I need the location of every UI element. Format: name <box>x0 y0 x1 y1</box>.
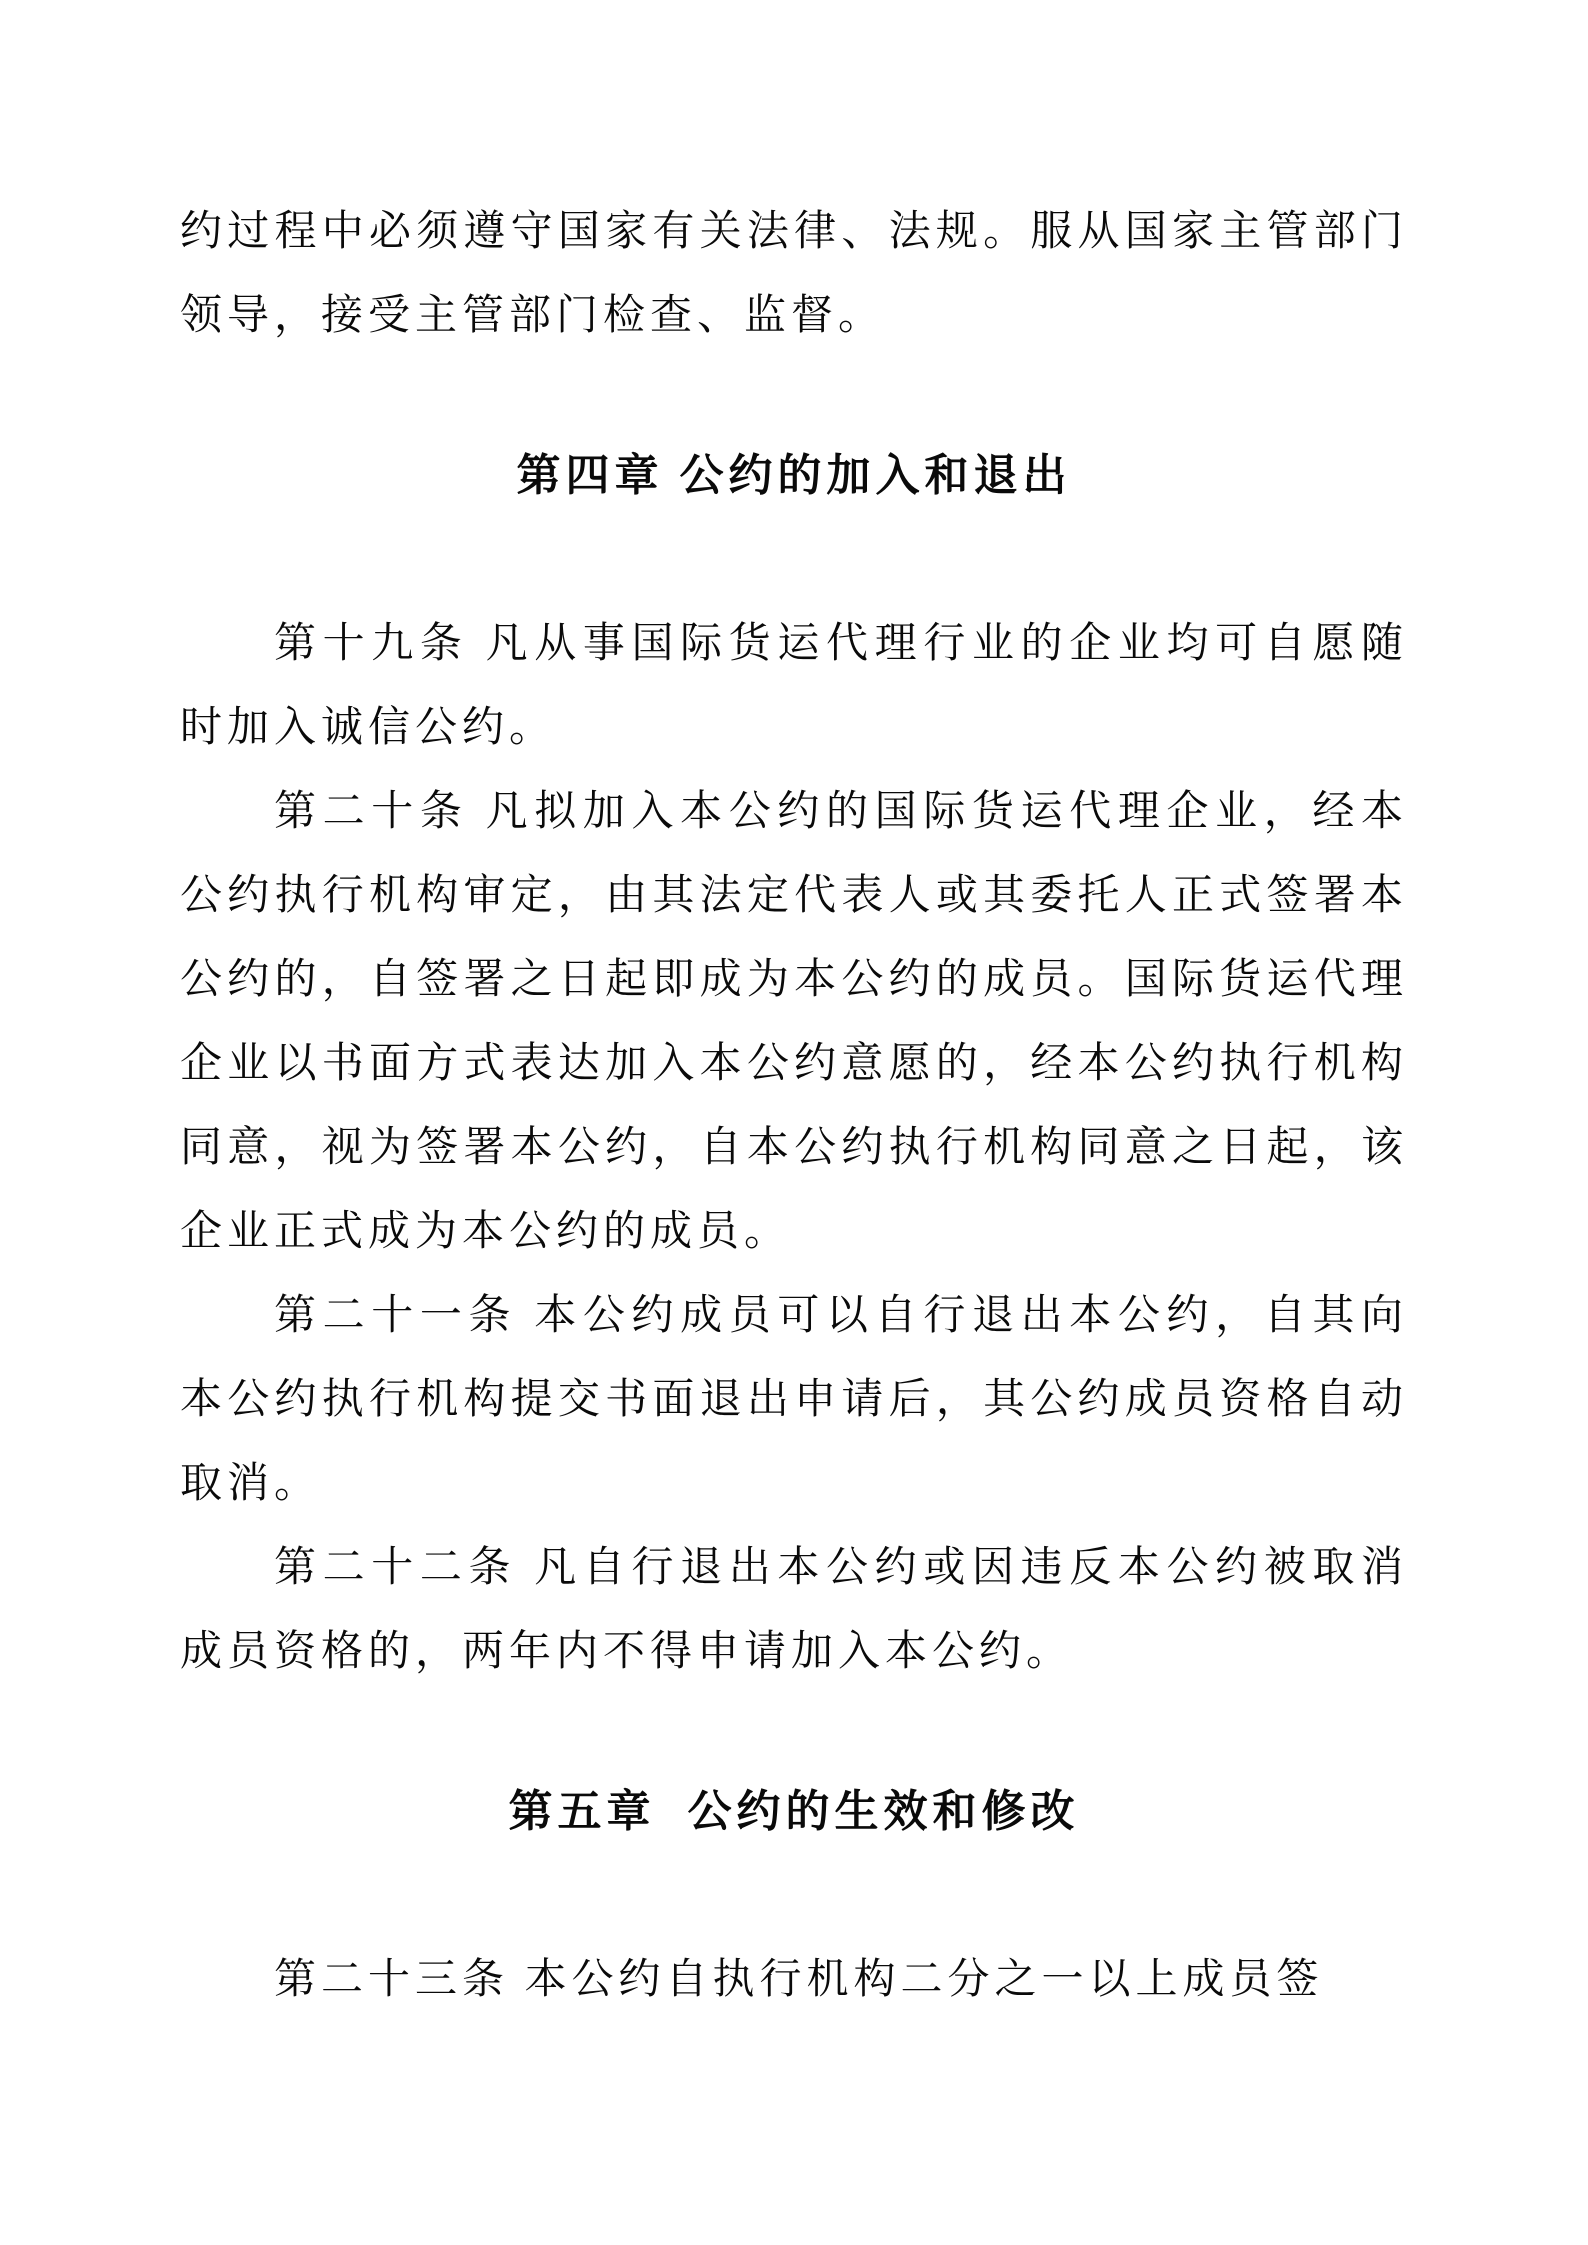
chapter-heading: 第四章 公约的加入和退出 <box>180 434 1408 518</box>
body-paragraph: 第二十一条 本公约成员可以自行退出本公约，自其向本公约执行机构提交书面退出申请后… <box>180 1274 1408 1526</box>
document-page: 约过程中必须遵守国家有关法律、法规。服从国家主管部门领导，接受主管部门检查、监督… <box>0 0 1588 2245</box>
document-content: 约过程中必须遵守国家有关法律、法规。服从国家主管部门领导，接受主管部门检查、监督… <box>180 190 1408 2022</box>
body-paragraph: 约过程中必须遵守国家有关法律、法规。服从国家主管部门领导，接受主管部门检查、监督… <box>180 190 1408 358</box>
body-paragraph: 第二十三条 本公约自执行机构二分之一以上成员签 <box>180 1938 1408 2022</box>
chapter-heading: 第五章 公约的生效和修改 <box>180 1770 1408 1854</box>
body-paragraph: 第二十条 凡拟加入本公约的国际货运代理企业，经本公约执行机构审定，由其法定代表人… <box>180 770 1408 1274</box>
body-paragraph: 第十九条 凡从事国际货运代理行业的企业均可自愿随时加入诚信公约。 <box>180 602 1408 770</box>
body-paragraph: 第二十二条 凡自行退出本公约或因违反本公约被取消成员资格的，两年内不得申请加入本… <box>180 1526 1408 1694</box>
